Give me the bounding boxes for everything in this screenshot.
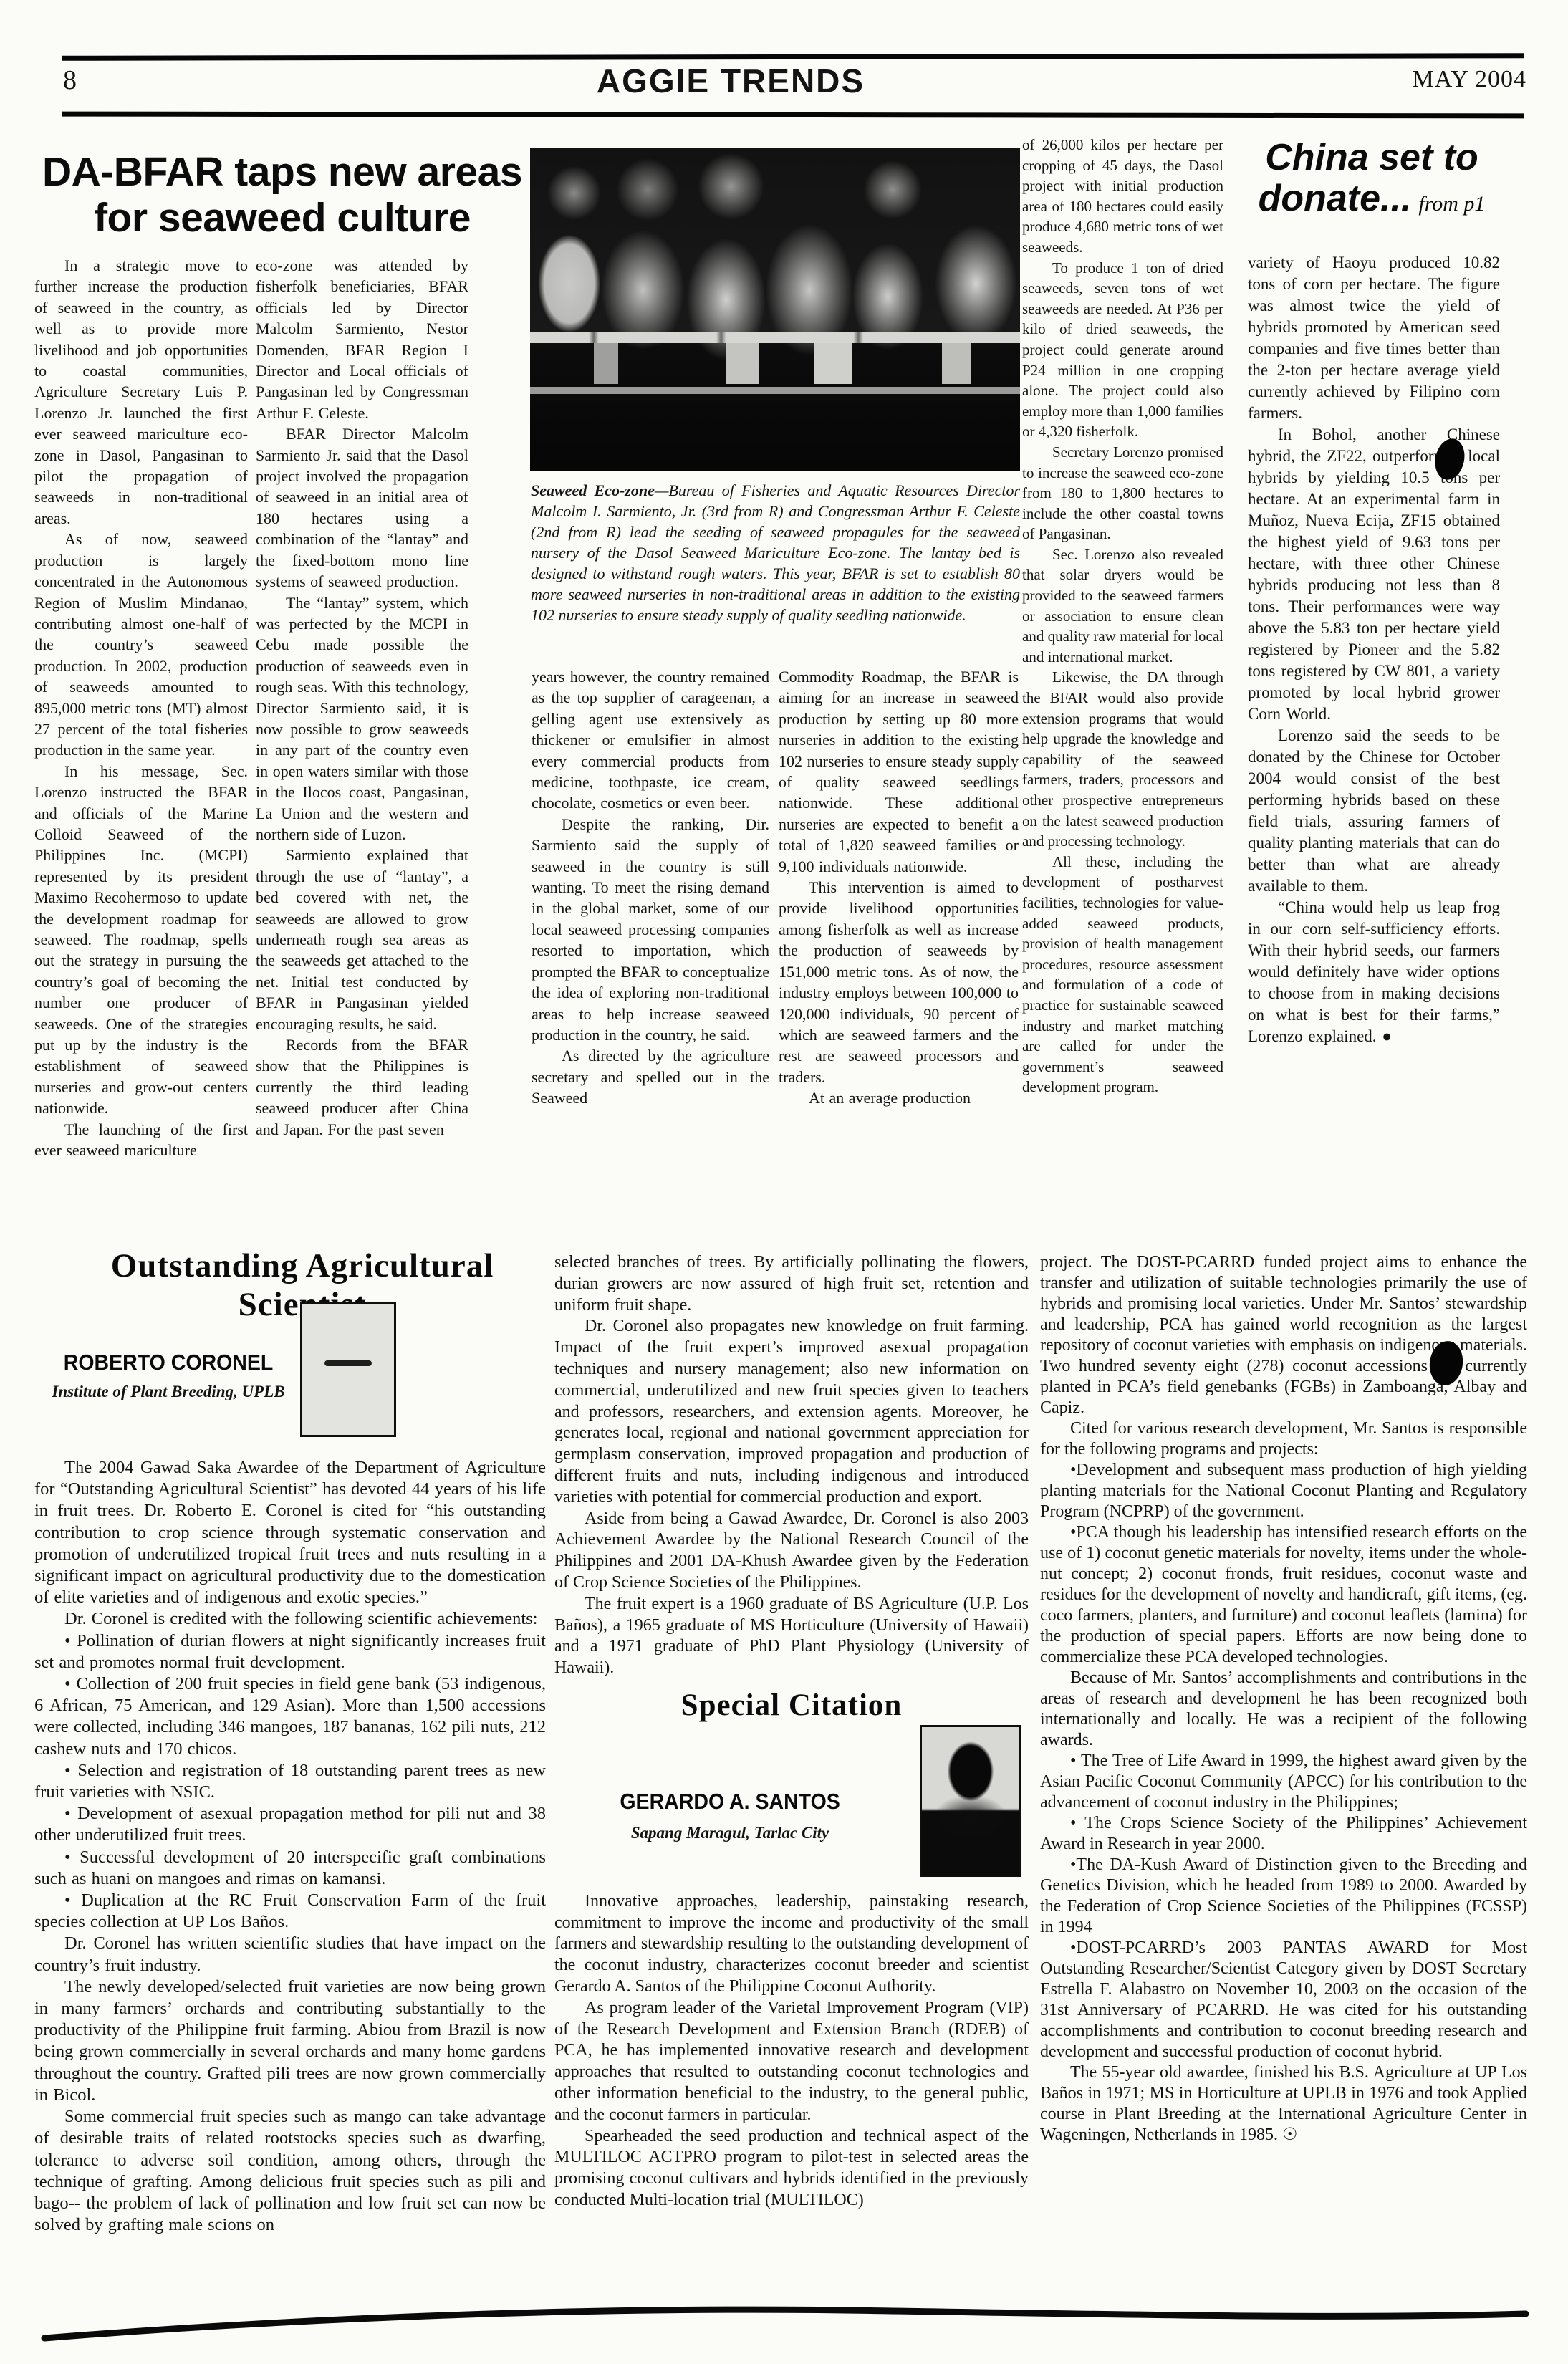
paragraph: The 2004 Gawad Saka Awardee of the Depar… xyxy=(34,1457,546,1608)
bullet-item: • Duplication at the RC Fruit Conservati… xyxy=(34,1890,546,1933)
paragraph: The launching of the first ever seaweed … xyxy=(34,1119,248,1161)
bullet-item: •PCA though his leadership has intensifi… xyxy=(1040,1522,1527,1668)
paragraph: In his message, Sec. Lorenzo instructed … xyxy=(34,761,248,1119)
photo-light-gap xyxy=(814,343,852,384)
paragraph: Secretary Lorenzo promised to increase t… xyxy=(1022,442,1223,544)
china-headline-line1: China set to xyxy=(1236,138,1507,178)
paragraph: The newly developed/selected fruit varie… xyxy=(34,1976,546,2106)
seaweed-column-1: In a strategic move to further increase … xyxy=(34,255,248,1181)
photo-light-gap xyxy=(942,343,971,384)
photo-light-gap xyxy=(726,343,759,384)
china-headline-line2: donate...from p1 xyxy=(1236,178,1507,224)
headline-line1: DA-BFAR taps new areas xyxy=(34,149,530,195)
paragraph: of 26,000 kilos per hectare per cropping… xyxy=(1022,135,1223,258)
header-rule-bottom xyxy=(62,112,1524,119)
paragraph: project. The DOST-PCARRD funded project … xyxy=(1040,1252,1527,1418)
paragraph: At an average production xyxy=(779,1087,1019,1108)
paragraph: Innovative approaches, leadership, pains… xyxy=(554,1891,1029,1998)
seaweed-column-4: Commodity Roadmap, the BFAR is aiming fo… xyxy=(779,666,1019,1183)
santos-name: GERARDO A. SANTOS xyxy=(620,1791,840,1812)
footer-rule xyxy=(36,2300,1534,2350)
photo-lower-rail xyxy=(530,387,1020,394)
china-headline-word: donate... xyxy=(1259,178,1412,219)
paragraph: Because of Mr. Santos’ accomplishments a… xyxy=(1040,1668,1527,1751)
santos-name-photo-block: GERARDO A. SANTOS Sapang Maragul, Tarlac… xyxy=(554,1729,1029,1881)
coronel-name-block: ROBERTO CORONEL Institute of Plant Breed… xyxy=(39,1350,297,1401)
paragraph: Dr. Coronel has written scientific studi… xyxy=(34,1933,546,1976)
photo-railing xyxy=(530,332,1020,343)
paragraph: Dr. Coronel is credited with the followi… xyxy=(34,1608,546,1630)
paragraph: The “lantay” system, which was perfected… xyxy=(256,592,468,845)
seaweed-column-2: eco-zone was attended by fisherfolk bene… xyxy=(256,255,468,1181)
coronel-name: ROBERTO CORONEL xyxy=(64,1350,274,1375)
coronel-portrait-photo xyxy=(300,1302,396,1437)
photo-light-gap xyxy=(594,343,618,384)
bullet-item: • Pollination of durian flowers at night… xyxy=(34,1630,546,1673)
coronel-column-left: The 2004 Gawad Saka Awardee of the Depar… xyxy=(34,1457,546,2328)
seaweed-column-3: years however, the country remained as t… xyxy=(532,666,769,1183)
bullet-item: • Successful development of 20 interspec… xyxy=(34,1847,546,1890)
bullet-item: •DOST-PCARRD’s 2003 PANTAS AWARD for Mos… xyxy=(1040,1938,1527,2062)
paragraph: Dr. Coronel also propagates new knowledg… xyxy=(554,1316,1029,1508)
paragraph: variety of Haoyu produced 10.82 tons of … xyxy=(1248,252,1500,424)
masthead-title: AGGIE TRENDS xyxy=(0,62,1461,100)
paragraph: selected branches of trees. By artificia… xyxy=(554,1252,1029,1316)
bullet-item: •Development and subsequent mass product… xyxy=(1040,1460,1527,1522)
paragraph: As program leader of the Varietal Improv… xyxy=(554,1998,1029,2126)
paragraph: Spearheaded the seed production and tech… xyxy=(554,2126,1029,2211)
santos-portrait-photo xyxy=(920,1725,1021,1877)
paragraph: eco-zone was attended by fisherfolk bene… xyxy=(256,255,468,423)
china-article-headline: China set to donate...from p1 xyxy=(1236,138,1507,224)
photo-caption: Seaweed Eco-zone—Bureau of Fisheries and… xyxy=(531,480,1020,650)
paragraph: BFAR Director Malcolm Sarmiento Jr. said… xyxy=(256,423,468,592)
paragraph: Cited for various research development, … xyxy=(1040,1418,1527,1460)
bullet-item: • Development of asexual propagation met… xyxy=(34,1803,546,1846)
caption-lead: Seaweed Eco-zone xyxy=(531,481,655,499)
paragraph: To produce 1 ton of dried seaweeds, seve… xyxy=(1022,258,1223,442)
seaweed-column-5: of 26,000 kilos per hectare per cropping… xyxy=(1022,135,1223,1185)
coronel-affiliation: Institute of Plant Breeding, UPLB xyxy=(39,1383,297,1401)
bullet-item: • The Crops Science Society of the Phili… xyxy=(1040,1813,1527,1855)
santos-article-headline: Special Citation xyxy=(554,1695,1029,1716)
bottom-middle-column: selected branches of trees. By artificia… xyxy=(554,1252,1029,2364)
santos-address: Sapang Maragul, Tarlac City xyxy=(576,1822,884,1844)
china-article-column: variety of Haoyu produced 10.82 tons of … xyxy=(1248,252,1500,1185)
paragraph: In a strategic move to further increase … xyxy=(34,255,248,529)
paragraph: Likewise, the DA through the BFAR would … xyxy=(1022,667,1223,851)
paragraph: All these, including the development of … xyxy=(1022,852,1223,1097)
paragraph: The fruit expert is a 1960 graduate of B… xyxy=(554,1594,1029,1679)
header-rule-top xyxy=(62,53,1524,61)
paragraph: As of now, seaweed production is largely… xyxy=(34,529,248,760)
footer-rule-path xyxy=(44,2310,1526,2338)
paragraph: Despite the ranking, Dir. Sarmiento said… xyxy=(532,814,769,1045)
caption-body: —Bureau of Fisheries and Aquatic Resourc… xyxy=(531,481,1020,624)
seaweed-article-headline: DA-BFAR taps new areas for seaweed cultu… xyxy=(34,149,530,241)
paragraph: Sec. Lorenzo also revealed that solar dr… xyxy=(1022,544,1223,668)
headline-line2: for seaweed culture xyxy=(34,195,530,241)
paragraph: Records from the BFAR show that the Phil… xyxy=(256,1034,468,1140)
paragraph: Aside from being a Gawad Awardee, Dr. Co… xyxy=(554,1509,1029,1594)
seaweed-ecozone-photo xyxy=(530,148,1020,471)
paragraph: As directed by the agriculture secretary… xyxy=(532,1045,769,1108)
paragraph: Lorenzo said the seeds to be donated by … xyxy=(1248,725,1500,897)
paragraph: Some commercial fruit species such as ma… xyxy=(34,2106,546,2236)
paragraph: In Bohol, another Chinese hybrid, the ZF… xyxy=(1248,424,1500,725)
bullet-item: •The DA-Kush Award of Distinction given … xyxy=(1040,1855,1527,1938)
santos-name-block: GERARDO A. SANTOS Sapang Maragul, Tarlac… xyxy=(576,1791,884,1844)
paragraph: Sarmiento explained that through the use… xyxy=(256,845,468,1034)
paragraph: This intervention is aimed to provide li… xyxy=(779,877,1019,1087)
newspaper-page: 8 AGGIE TRENDS MAY 2004 DA-BFAR taps new… xyxy=(0,0,1568,2364)
glasses-shape xyxy=(324,1360,372,1366)
paragraph: “China would help us leap frog in our co… xyxy=(1248,897,1500,1047)
issue-date: MAY 2004 xyxy=(1413,66,1526,93)
paragraph: years however, the country remained as t… xyxy=(532,666,769,814)
paragraph: The 55-year old awardee, finished his B.… xyxy=(1040,2062,1527,2146)
paragraph: Commodity Roadmap, the BFAR is aiming fo… xyxy=(779,666,1019,877)
continued-from-note: from p1 xyxy=(1418,192,1485,216)
bullet-item: • Selection and registration of 18 outst… xyxy=(34,1760,546,1803)
bullet-item: • The Tree of Life Award in 1999, the hi… xyxy=(1040,1751,1527,1813)
bullet-item: • Collection of 200 fruit species in fie… xyxy=(34,1673,546,1760)
bottom-right-column: project. The DOST-PCARRD funded project … xyxy=(1040,1252,1527,2364)
